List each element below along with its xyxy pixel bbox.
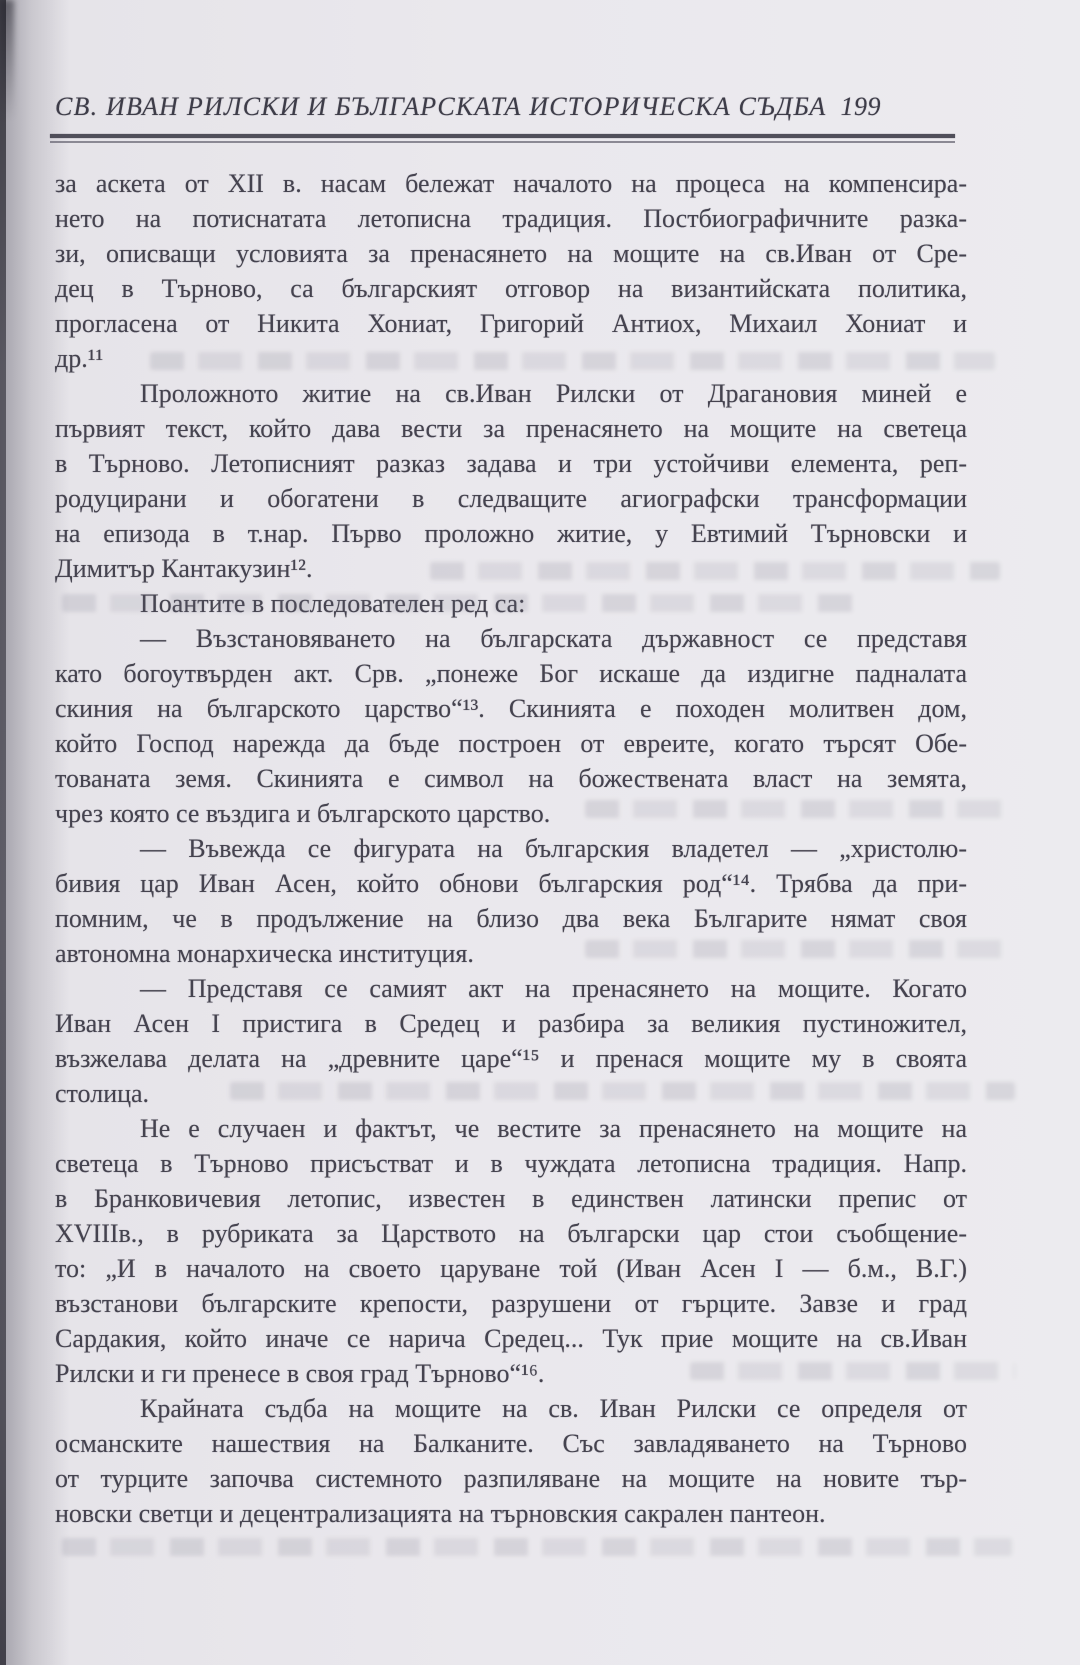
- scan-corner-smudge: [0, 0, 14, 120]
- text-line: възстанови българските крепости, разруше…: [55, 1286, 967, 1321]
- text-line: първият текст, който дава вести за прена…: [55, 411, 967, 446]
- text-line: прогласена от Никита Хониат, Григорий Ан…: [55, 306, 967, 341]
- text-line: XVIIIв., в рубриката за Царството на бъл…: [55, 1216, 967, 1251]
- bleed-through-artifact: [62, 594, 862, 612]
- text-line: нето на потиснатата летописна традиция. …: [55, 201, 967, 236]
- running-header: СВ. ИВАН РИЛСКИ И БЪЛГАРСКАТА ИСТОРИЧЕСК…: [55, 92, 985, 122]
- text-line: светеца в Търново присъстват и в чуждата…: [55, 1146, 967, 1181]
- text-line: Проложното житие на св.Иван Рилски от Др…: [55, 376, 967, 411]
- text-line: за аскета от XII в. насам бележат начало…: [55, 166, 967, 201]
- text-line: в Търново. Летописният разказ задава и т…: [55, 446, 967, 481]
- scanned-book-page: СВ. ИВАН РИЛСКИ И БЪЛГАРСКАТА ИСТОРИЧЕСК…: [0, 0, 1080, 1665]
- text-line: зи, описващи условията за пренасянето на…: [55, 236, 967, 271]
- header-rule-thin-line: [50, 141, 955, 143]
- header-rule: [50, 134, 955, 144]
- bleed-through-artifact: [230, 1082, 1015, 1100]
- text-line: османските нашествия на Балканите. Със з…: [55, 1426, 967, 1461]
- text-line: помним, че в продължение на близо два ве…: [55, 901, 967, 936]
- text-line: в Бранковичевия летопис, известен в един…: [55, 1181, 967, 1216]
- header-rule-thick-line: [50, 134, 955, 138]
- text-line: — Възстановяването на българската държав…: [55, 621, 967, 656]
- text-line: скиния на българското царство“¹³. Скиния…: [55, 691, 967, 726]
- text-line: тованата земя. Скинията е символ на боже…: [55, 761, 967, 796]
- bleed-through-artifact: [150, 352, 995, 370]
- text-line: новски светци и децентрализацията на тър…: [55, 1496, 967, 1531]
- text-line: като богоутвърден акт. Срв. „понеже Бог …: [55, 656, 967, 691]
- text-line: бивия цар Иван Асен, който обнови българ…: [55, 866, 967, 901]
- text-line: родуцирани и обогатени в следващите агио…: [55, 481, 967, 516]
- bleed-through-artifact: [585, 800, 1015, 818]
- bleed-through-artifact: [62, 1538, 1012, 1556]
- text-line: — Въвежда се фигурата на българския влад…: [55, 831, 967, 866]
- text-line: Крайната съдба на мощите на св. Иван Рил…: [55, 1391, 967, 1426]
- running-title: СВ. ИВАН РИЛСКИ И БЪЛГАРСКАТА ИСТОРИЧЕСК…: [55, 92, 826, 121]
- text-line: Не е случаен и фактът, че вестите за пре…: [55, 1111, 967, 1146]
- text-line: който Господ нарежда да бъде построен от…: [55, 726, 967, 761]
- text-line: то: „И в началото на своето царуване той…: [55, 1251, 967, 1286]
- text-line: дец в Търново, са българският отговор на…: [55, 271, 967, 306]
- text-line: — Представя се самият акт на пренасянето…: [55, 971, 967, 1006]
- bleed-through-artifact: [430, 562, 1000, 580]
- text-line: на епизода в т.нар. Първо проложно житие…: [55, 516, 967, 551]
- text-line: възжелава делата на „древните царе“¹⁵ и …: [55, 1041, 967, 1076]
- bleed-through-artifact: [585, 940, 1015, 958]
- text-line: Иван Асен I пристига в Средец и разбира …: [55, 1006, 967, 1041]
- text-line: от турците започва системното разпиляван…: [55, 1461, 967, 1496]
- bleed-through-artifact: [690, 1362, 1015, 1380]
- page-number: 199: [840, 92, 881, 121]
- scan-edge-artifact: [0, 0, 6, 1665]
- text-line: Сардакия, който иначе се нарича Средец..…: [55, 1321, 967, 1356]
- page-body: за аскета от XII в. насам бележат начало…: [55, 166, 967, 1531]
